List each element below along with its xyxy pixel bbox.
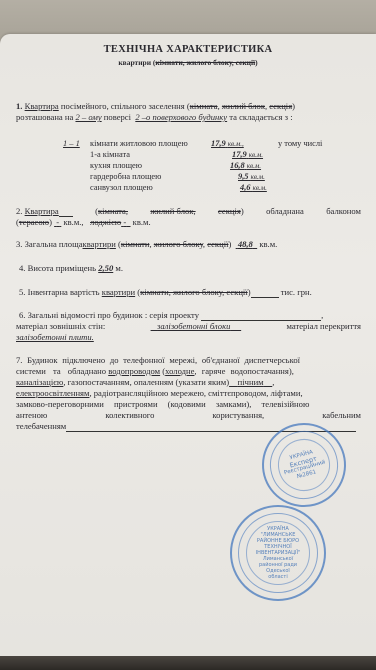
stamp-text: УКРАЇНА "ЛИМАНСЬКЕ РАЙОННЕ БЮРО ТЕХНІЧНО… <box>256 526 301 580</box>
section-number: 2. <box>16 206 22 216</box>
unit: тис. грн. <box>281 287 312 297</box>
struck-text: кімната, <box>98 206 128 216</box>
living-area-value: 17,9 кв.м., <box>211 139 244 148</box>
struck-group: секція) <box>218 206 244 217</box>
section-number: 1. <box>16 101 22 111</box>
static-text: посімейного, спільного заселення ( <box>59 101 190 111</box>
apartment-word: квартири <box>102 287 135 297</box>
static-text: антеною <box>16 410 47 421</box>
total-area-value: 48,8 <box>236 239 258 249</box>
section-7-line-2: системи та обладнано водопроводом (холод… <box>16 366 361 377</box>
struck-text: кімната <box>190 101 218 111</box>
static-text: розташована на <box>16 112 73 122</box>
static-text: , <box>272 377 274 387</box>
struck-text: секція <box>218 206 241 216</box>
ceiling-label: матеріал перекриття <box>287 321 362 332</box>
balcony-value: - <box>54 217 61 227</box>
struck-group: (кімната, <box>95 206 128 217</box>
document-title: ТЕХНІЧНА ХАРАКТЕРИСТИКА <box>0 44 376 55</box>
room-area: 16,8 <box>230 161 245 170</box>
subtitle-suffix: ) <box>255 58 258 67</box>
apartment-word: квартири <box>83 239 116 249</box>
section-7-line-5: замково-переговорними пристроями (кодови… <box>16 399 361 410</box>
room-area: 4,6 <box>240 183 250 192</box>
section-7-line-3: каналізацією, газопостачанням, опаленням… <box>16 377 361 388</box>
bureau-stamp: УКРАЇНА "ЛИМАНСЬКЕ РАЙОННЕ БЮРО ТЕХНІЧНО… <box>230 505 326 601</box>
room-value: 9,5 кв.м. <box>238 172 265 181</box>
section-6-line-1: 6. Загальні відомості про будинок : сері… <box>19 310 364 321</box>
section-1-line-1: 1. Квартира посімейного, спільного засел… <box>16 101 361 112</box>
water-supply: водопроводом <box>108 366 160 376</box>
ceiling-value: залізобетонні плити. <box>16 332 94 342</box>
struck-text: жилого блоку <box>154 239 203 249</box>
static-text: балконом <box>326 206 361 217</box>
section-2-line-1: 2. Квартира (кімната, жилий блок, секція… <box>16 206 361 217</box>
section-5: 5. Інвентарна вартість квартири (кімнати… <box>19 287 364 298</box>
heating-type: пічним <box>238 377 264 387</box>
sewerage: каналізацією <box>16 377 63 387</box>
unit: кв.м. <box>251 173 265 181</box>
static-text: системи та обладнано <box>16 366 106 376</box>
section-7-line-6: антеною колективного користування, кабел… <box>16 410 361 421</box>
unit: кв.м., <box>228 140 244 148</box>
static-text: кімнати житловою площею <box>90 139 188 148</box>
stamp-line: області <box>256 574 301 580</box>
section-7-line-1: 7. Будинок підключено до телефонної мере… <box>16 355 361 366</box>
static-text: ) <box>241 206 244 216</box>
unit: кв.м. <box>133 217 151 227</box>
section-1-line-2: розташована на 2 – ому поверсі 2 –о пове… <box>16 112 361 123</box>
struck-text: лоджією <box>90 217 121 227</box>
unit: м. <box>115 263 123 273</box>
loggia-value: - <box>121 217 130 227</box>
room-value: 4,6 кв.м. <box>240 183 267 192</box>
static-text: замково-переговорними пристроями (кодови… <box>16 399 309 409</box>
document-subtitle: квартири (кімнати, жилого блоку, секції) <box>0 58 376 67</box>
heating-value: пічним <box>229 377 272 387</box>
static-text: Загальні відомості про будинок : серія п… <box>28 310 199 320</box>
room-label: кухня площею <box>90 161 142 170</box>
section-number: 3. <box>16 239 22 249</box>
static-text: ) <box>292 101 295 111</box>
static-text: поверсі <box>104 112 131 122</box>
rooms-count-value: 1 – 1 <box>63 139 80 148</box>
living-area-number: 17,9 <box>211 139 226 148</box>
electric-lighting: електроосвітленням <box>16 388 89 398</box>
static-text: ) <box>228 239 231 249</box>
walls-label: матеріал зовнішніх стін: <box>16 321 105 332</box>
subtitle-struck: кімнати, жилого блоку, секції <box>155 58 255 67</box>
section-number: 5. <box>19 287 25 297</box>
static-text: у тому числі <box>278 139 322 148</box>
section-7-line-4: електроосвітленням, радіотрансляційною м… <box>16 388 361 399</box>
walls-text: залізобетонні блоки <box>157 321 230 331</box>
room-area: 9,5 <box>238 172 248 181</box>
background-bottom <box>0 656 376 670</box>
section-2-line-2: (терасою) - кв.м., лоджією - кв.м. <box>16 217 361 228</box>
static-text: Загальна площа <box>25 239 83 249</box>
apartment-word: Квартира <box>25 101 59 111</box>
walls-value: залізобетонні блоки <box>151 321 242 332</box>
static-text: Висота приміщень <box>28 263 96 273</box>
section-6-line-2: матеріал зовнішніх стін: залізобетонні б… <box>16 321 361 332</box>
subtitle-prefix: квартири ( <box>118 58 155 67</box>
loggia-area: - <box>123 217 126 227</box>
unit: кв.м. <box>249 151 263 159</box>
room-label: 1-а кімната <box>90 150 130 159</box>
struck-text: жилий блок <box>222 101 265 111</box>
static-text: , гаряче водопостачання), <box>194 366 293 376</box>
building-floors-value: 2 –о поверхового будинку <box>135 112 227 122</box>
total-area-number: 48,8 <box>238 239 253 249</box>
static-text: кабельним <box>322 410 361 421</box>
section-6-line-3: залізобетонні плити. <box>16 332 361 343</box>
inventory-value-blank <box>251 297 279 298</box>
struck-text: терасою <box>19 217 49 227</box>
section-3: 3. Загальна площаквартири (кімнати, жило… <box>16 239 361 250</box>
static-text: колективного <box>105 410 154 421</box>
struck-text: кімнати, жилого блоку, секції <box>140 287 248 297</box>
struck-text: секція <box>269 101 292 111</box>
room-area: 17,9 <box>232 150 247 159</box>
unit: кв.м., <box>63 217 83 227</box>
static-text: користування, <box>212 410 264 421</box>
unit: кв.м. <box>259 239 277 249</box>
room-value: 16,8 кв.м. <box>230 161 261 170</box>
apartment-word: Квартира <box>25 206 59 216</box>
section-number: 4. <box>19 263 25 273</box>
room-value: 17,9 кв.м. <box>232 150 263 159</box>
cold-water: холодне <box>165 366 194 376</box>
section-4: 4. Висота приміщень 2,50 м. <box>19 263 364 274</box>
static-text: телебаченням <box>16 421 66 431</box>
height-value: 2,50 <box>98 263 113 273</box>
room-label: санвузол площею <box>90 183 153 192</box>
unit: кв.м. <box>253 184 267 192</box>
section-2-lead: 2. Квартира <box>16 206 73 217</box>
static-text: Інвентарна вартість <box>28 287 100 297</box>
static-text: 7. Будинок підключено до телефонної мере… <box>16 355 300 366</box>
static-text: , газопостачанням, опаленням (указати як… <box>63 377 229 387</box>
struck-text: жилий блок, <box>150 206 195 217</box>
room-label: гардеробна площею <box>90 172 161 181</box>
floor-value: 2 – ому <box>75 112 101 122</box>
stamp-text: УКРАЇНА Експерт Реєстраційний №2861 <box>280 447 328 483</box>
struck-text: кімнати <box>121 239 150 249</box>
static-text: обладнана <box>266 206 304 217</box>
struck-text: секції <box>207 239 228 249</box>
balcony-area: - <box>56 217 59 227</box>
static-text: та складається з : <box>229 112 292 122</box>
static-text: , радіотрансляційною мережею, сміттєпров… <box>89 388 302 398</box>
section-number: 6. <box>19 310 25 320</box>
unit: кв.м. <box>247 162 261 170</box>
